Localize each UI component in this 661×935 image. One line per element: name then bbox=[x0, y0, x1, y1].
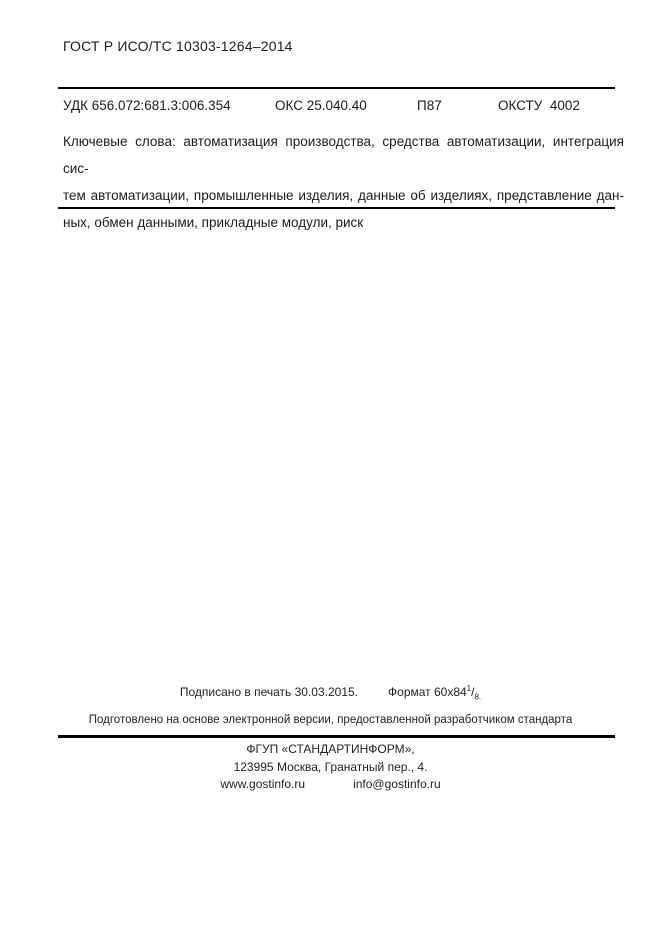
footer-rule bbox=[58, 735, 615, 738]
index-code: П87 bbox=[417, 98, 442, 113]
keywords-paragraph: Ключевые слова: автоматизация производст… bbox=[63, 128, 624, 236]
okstu-code: ОКСТУ 4002 bbox=[498, 98, 580, 113]
paper-format: Формат 60х841/8. bbox=[388, 685, 481, 699]
keywords-rule bbox=[58, 207, 615, 209]
udk-code: УДК 656.072:681.3:006.354 bbox=[63, 98, 231, 113]
publisher-name: ФГУП «СТАНДАРТИНФОРМ», bbox=[0, 742, 661, 756]
signed-to-print: Подписано в печать 30.03.2015. bbox=[180, 685, 358, 699]
format-label: Формат 60х84 bbox=[388, 685, 467, 699]
header-rule bbox=[58, 87, 615, 89]
keywords-line: тем автоматизации, промышленные изделия,… bbox=[63, 182, 624, 209]
print-info-line: Подписано в печать 30.03.2015. Формат 60… bbox=[0, 685, 661, 699]
document-page: ГОСТ Р ИСО/ТС 10303-1264–2014 УДК 656.07… bbox=[0, 0, 661, 935]
classification-row: УДК 656.072:681.3:006.354 ОКС 25.040.40 … bbox=[0, 98, 661, 116]
keywords-line: Ключевые слова: автоматизация производст… bbox=[63, 128, 624, 182]
publisher-address: 123995 Москва, Гранатный пер., 4. bbox=[0, 760, 661, 774]
oks-code: ОКС 25.040.40 bbox=[275, 98, 367, 113]
keywords-line: ных, обмен данными, прикладные модули, р… bbox=[63, 209, 624, 236]
prepared-note: Подготовлено на основе электронной верси… bbox=[0, 714, 661, 726]
standard-designation: ГОСТ Р ИСО/ТС 10303-1264–2014 bbox=[63, 38, 293, 54]
publisher-contacts: www.gostinfo.ru info@gostinfo.ru bbox=[0, 777, 661, 791]
publisher-email: info@gostinfo.ru bbox=[353, 777, 441, 791]
format-denominator: 8. bbox=[474, 692, 481, 701]
publisher-website: www.gostinfo.ru bbox=[220, 777, 305, 791]
